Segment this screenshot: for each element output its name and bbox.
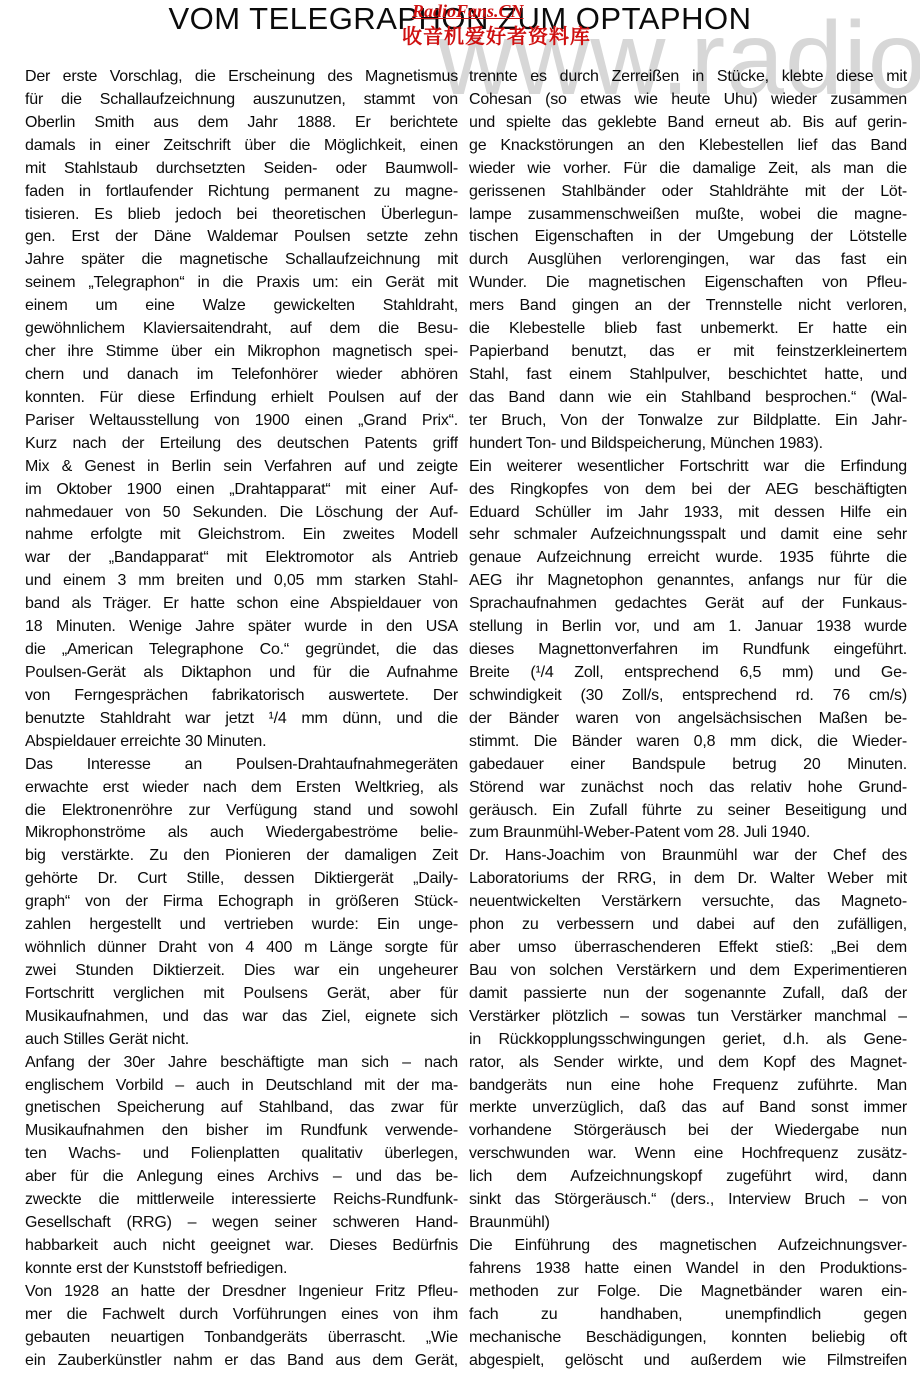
text-line: mechanische Beschädigungen, konnten beli… [469,1327,907,1350]
text-line: methoden zur Folge. Die Magnetbänder war… [469,1281,907,1304]
paragraph: Dr. Hans-Joachim von Braunmühl war der C… [469,845,907,1235]
text-line: auch Stilles Gerät nicht. [25,1029,458,1052]
text-line: Abspieldauer erreichte 30 Minuten. [25,731,458,754]
text-line: stimmt. Die Bänder waren 0,8 mm dick, di… [469,731,907,754]
text-line: sinkt das Störgeräusch.“ (ders., Intervi… [469,1189,907,1212]
text-line: verschwunden war. Wenn eine Hochfrequenz… [469,1143,907,1166]
text-line: und einem 3 mm breiten und 0,05 mm stark… [25,570,458,593]
paragraph: Das Interesse an Poulsen-Drahtaufnahmege… [25,754,458,1052]
text-line: Gesellschaft (RRG) – wegen seiner schwer… [25,1212,458,1235]
text-line: benutzte Stahldraht war jetzt ¹/4 mm dün… [25,708,458,731]
text-line: Der erste Vorschlag, die Erscheinung des… [25,66,458,89]
text-line: Stahl, fast einem Stahlpulver, beschicht… [469,364,907,387]
text-line: habbarkeit auch nicht geeignet war. Dies… [25,1235,458,1258]
paragraph: Ein weiterer wesentlicher Fortschritt wa… [469,456,907,846]
text-line: englischem Vorbild – auch in Deutschland… [25,1075,458,1098]
text-line: mit Stahlstaub durchsetzten Seiden- oder… [25,158,458,181]
text-line: schwindigkeit (30 Zoll/s, entsprechend r… [469,685,907,708]
text-line: Mix & Genest in Berlin sein Verfahren au… [25,456,458,479]
text-line: ein Zauberkünstler nahm er das Band aus … [25,1350,458,1373]
paragraph: Von 1928 an hatte der Dresdner Ingenieur… [25,1281,458,1373]
text-line: trennte es durch Zerreißen in Stücke, kl… [469,66,907,89]
red-stamp-chinese: 收音机爱好者资料库 [402,20,591,49]
text-line: von Ferngesprächen fabrikatorisch auswer… [25,685,458,708]
text-line: aber umso überraschenderen Effekt stieß:… [469,937,907,960]
text-line: Musikaufnahmen, und das war das Ziel, ei… [25,1006,458,1029]
text-line: Ein weiterer wesentlicher Fortschritt wa… [469,456,907,479]
text-line: graph“ von der Firma Echograph in größer… [25,891,458,914]
text-line: Dr. Hans-Joachim von Braunmühl war der C… [469,845,907,868]
text-line: big verstärkte. Zu den Pionieren der dam… [25,845,458,868]
text-line: Bau von solchen Verstärkern und dem Expe… [469,960,907,983]
text-line: zwei Stunden Diktierzeit. Dies war ein u… [25,960,458,983]
text-line: Cohesan (so etwas wie heute Uhu) wieder … [469,89,907,112]
text-line: ten Wachs- und Folienplatten qualitativ … [25,1143,458,1166]
text-line: Von 1928 an hatte der Dresdner Ingenieur… [25,1281,458,1304]
text-line: rator, als Sender wirkte, und dem Kopf d… [469,1052,907,1075]
text-line: Jahre später die magnetische Schallaufze… [25,249,458,272]
text-line: zum Braunmühl-Weber-Patent vom 28. Juli … [469,822,907,845]
text-line: konnten. Für diese Erfindung erhielt Pou… [25,387,458,410]
text-line: faden in fortlaufender Richtung permanen… [25,181,458,204]
text-line: wöhnlich dünner Draht von 4 400 m Länge … [25,937,458,960]
text-line: Poulsen-Gerät als Diktaphon und für die … [25,662,458,685]
text-line: gnetischen Speicherung auf Stahlband, da… [25,1097,458,1120]
text-line: gerissenen Stahlbänder oder Stahldrähte … [469,181,907,204]
text-line: Die Einführung des magnetischen Aufzeich… [469,1235,907,1258]
text-line: tischen Eigenschaften in der Umgebung de… [469,226,907,249]
text-line: gebauten neuartigen Tonbandgeräts überra… [25,1327,458,1350]
text-line: mer die Fachwelt durch Vorführungen eine… [25,1304,458,1327]
text-line: genaue Aufzeichnung erreicht wurde. 1935… [469,547,907,570]
paragraph: Der erste Vorschlag, die Erscheinung des… [25,66,458,754]
text-line: lich dem Aufzeichnungskopf zugeführt wir… [469,1166,907,1189]
text-line: bandgeräts nun eine hohe Frequenz zuführ… [469,1075,907,1098]
text-line: Störend war zunächst noch das relativ ho… [469,777,907,800]
text-line: 18 Minuten. Wenige Jahre später wurde in… [25,616,458,639]
text-line: damals in einer Zeitschrift über die Mög… [25,135,458,158]
text-line: gen. Erst der Däne Waldemar Poulsen setz… [25,226,458,249]
text-line: Braunmühl) [469,1212,907,1235]
text-line: AEG ihr Magnetophon genanntes, anfangs n… [469,570,907,593]
text-line: Laboratoriums der RRG, in dem Dr. Walter… [469,868,907,891]
text-line: Oberlin Smith aus dem Jahr 1888. Er beri… [25,112,458,135]
paragraph: Die Einführung des magnetischen Aufzeich… [469,1235,907,1373]
text-line: für die Schallaufzeichnung auszunutzen, … [25,89,458,112]
text-line: durch Ausglühen verlorengingen, war das … [469,249,907,272]
text-line: tisieren. Es blieb jedoch bei theoretisc… [25,204,458,227]
paragraph: Anfang der 30er Jahre beschäftigte man s… [25,1052,458,1281]
right-column: trennte es durch Zerreißen in Stücke, kl… [469,66,907,1373]
text-line: Breite (¹/4 Zoll, entsprechend 6,5 mm) u… [469,662,907,685]
text-line: zweckte die mittlerweile interessierte R… [25,1189,458,1212]
text-line: cher ihre Stimme über ein Mikrophon magn… [25,341,458,364]
text-line: hundert Ton- und Bildspeicherung, Münche… [469,433,907,456]
text-line: Papierband benutzt, das er mit feinstzer… [469,341,907,364]
text-line: der Bänder waren von angelsächsischen Ma… [469,708,907,731]
text-line: band als Träger. Er hatte schon eine Abs… [25,593,458,616]
text-line: die Klebestelle blieb fast unbemerkt. Er… [469,318,907,341]
text-line: damit passierte nun der sogenannte Zufal… [469,983,907,1006]
text-line: in Rückkopplungsschwingungen geriet, d.h… [469,1029,907,1052]
text-line: stellung in Berlin vor, und am 1. Januar… [469,616,907,639]
text-line: Das Interesse an Poulsen-Drahtaufnahmege… [25,754,458,777]
text-line: vorhandene Störgeräusch bei der Wiederga… [469,1120,907,1143]
text-line: das Band dann wie ein Stahlband besproch… [469,387,907,410]
text-line: des Ringkopfes von dem bei der AEG besch… [469,479,907,502]
text-line: war der „Bandapparat“ mit Elektromotor a… [25,547,458,570]
text-line: nahmedauer von 50 Sekunden. Die Löschung… [25,502,458,525]
text-line: aber für die Anlegung eines Archivs – un… [25,1166,458,1189]
text-line: Fortschritt verglichen mit Poulsens Gerä… [25,983,458,1006]
text-line: sehr schmaler Aufzeichnungsspalt und dam… [469,524,907,547]
text-line: ge Knackstörungen an den Klebestellen li… [469,135,907,158]
text-line: im Oktober 1900 einen „Drahtapparat“ mit… [25,479,458,502]
text-line: seinem „Telegraphon“ in die Praxis um: e… [25,272,458,295]
text-line: Wunder. Die magnetischen Eigenschaften v… [469,272,907,295]
text-line: neuentwickelten Verstärkern versuchte, d… [469,891,907,914]
text-line: fahrens 1938 hatte einen Wandel in den P… [469,1258,907,1281]
text-line: dieses Magnettonverfahren im Rundfunk ei… [469,639,907,662]
text-line: erwachte erst wieder nach dem Ersten Wel… [25,777,458,800]
text-line: gabedauer einer Bandspule betrug 20 Minu… [469,754,907,777]
text-line: gewöhnlichem Klaviersaitendraht, auf dem… [25,318,458,341]
text-line: mers Band gingen an der Trennstelle nich… [469,295,907,318]
text-line: Mikrophonströme als auch Wiedergabeström… [25,822,458,845]
text-line: wieder wie vorher. Für die damalige Zeit… [469,158,907,181]
paragraph: trennte es durch Zerreißen in Stücke, kl… [469,66,907,456]
text-line: Eduard Schüller im Jahr 1933, mit dessen… [469,502,907,525]
text-line: konnte erst der Kunststoff befriedigen. [25,1258,458,1281]
text-line: gehörte Dr. Curt Stille, dessen Diktierg… [25,868,458,891]
text-line: chern und danach im Telefonhörer wieder … [25,364,458,387]
text-line: Sprachaufnahmen gedachtes Gerät auf der … [469,593,907,616]
text-line: fach zu handhaben, unempfindlich gegen [469,1304,907,1327]
text-line: abgespielt, gelöscht und außerdem wie Fi… [469,1350,907,1373]
left-column: Der erste Vorschlag, die Erscheinung des… [25,66,458,1373]
text-line: die Elektronenröhre zur Verfügung stand … [25,800,458,823]
red-stamp-brand: RadioFans.CN [412,1,524,22]
text-line: und spielte das geklebte Band erneut ab.… [469,112,907,135]
text-line: zahlen hergestellt und vertrieben wurde:… [25,914,458,937]
text-line: ter Bruch, Von der Tonwalze zur Bildplat… [469,410,907,433]
text-line: einem um eine Walze gewickelten Stahldra… [25,295,458,318]
text-line: Pariser Weltausstellung von 1900 einen „… [25,410,458,433]
text-line: lampe zusammenschweißen mußte, wobei die… [469,204,907,227]
text-line: nahme erfolgte mit Gleichstrom. Ein zwei… [25,524,458,547]
text-line: Musikaufnahmen den bisher im Rundfunk ve… [25,1120,458,1143]
text-line: Anfang der 30er Jahre beschäftigte man s… [25,1052,458,1075]
page: { "page": { "title": "VOM TELEGRAPHON ZU… [0,0,920,1374]
text-line: die „American Telegraphone Co.“ gegründe… [25,639,458,662]
text-line: merkte unverzüglich, daß das auf Band so… [469,1097,907,1120]
text-line: geräusch. Ein Zufall führte zu seiner Be… [469,800,907,823]
text-line: phon zu verbessern und dabei auf den zuf… [469,914,907,937]
text-line: Verstärker plötzlich – sowas tun Verstär… [469,1006,907,1029]
text-line: Kurz nach der Erteilung des deutschen Pa… [25,433,458,456]
